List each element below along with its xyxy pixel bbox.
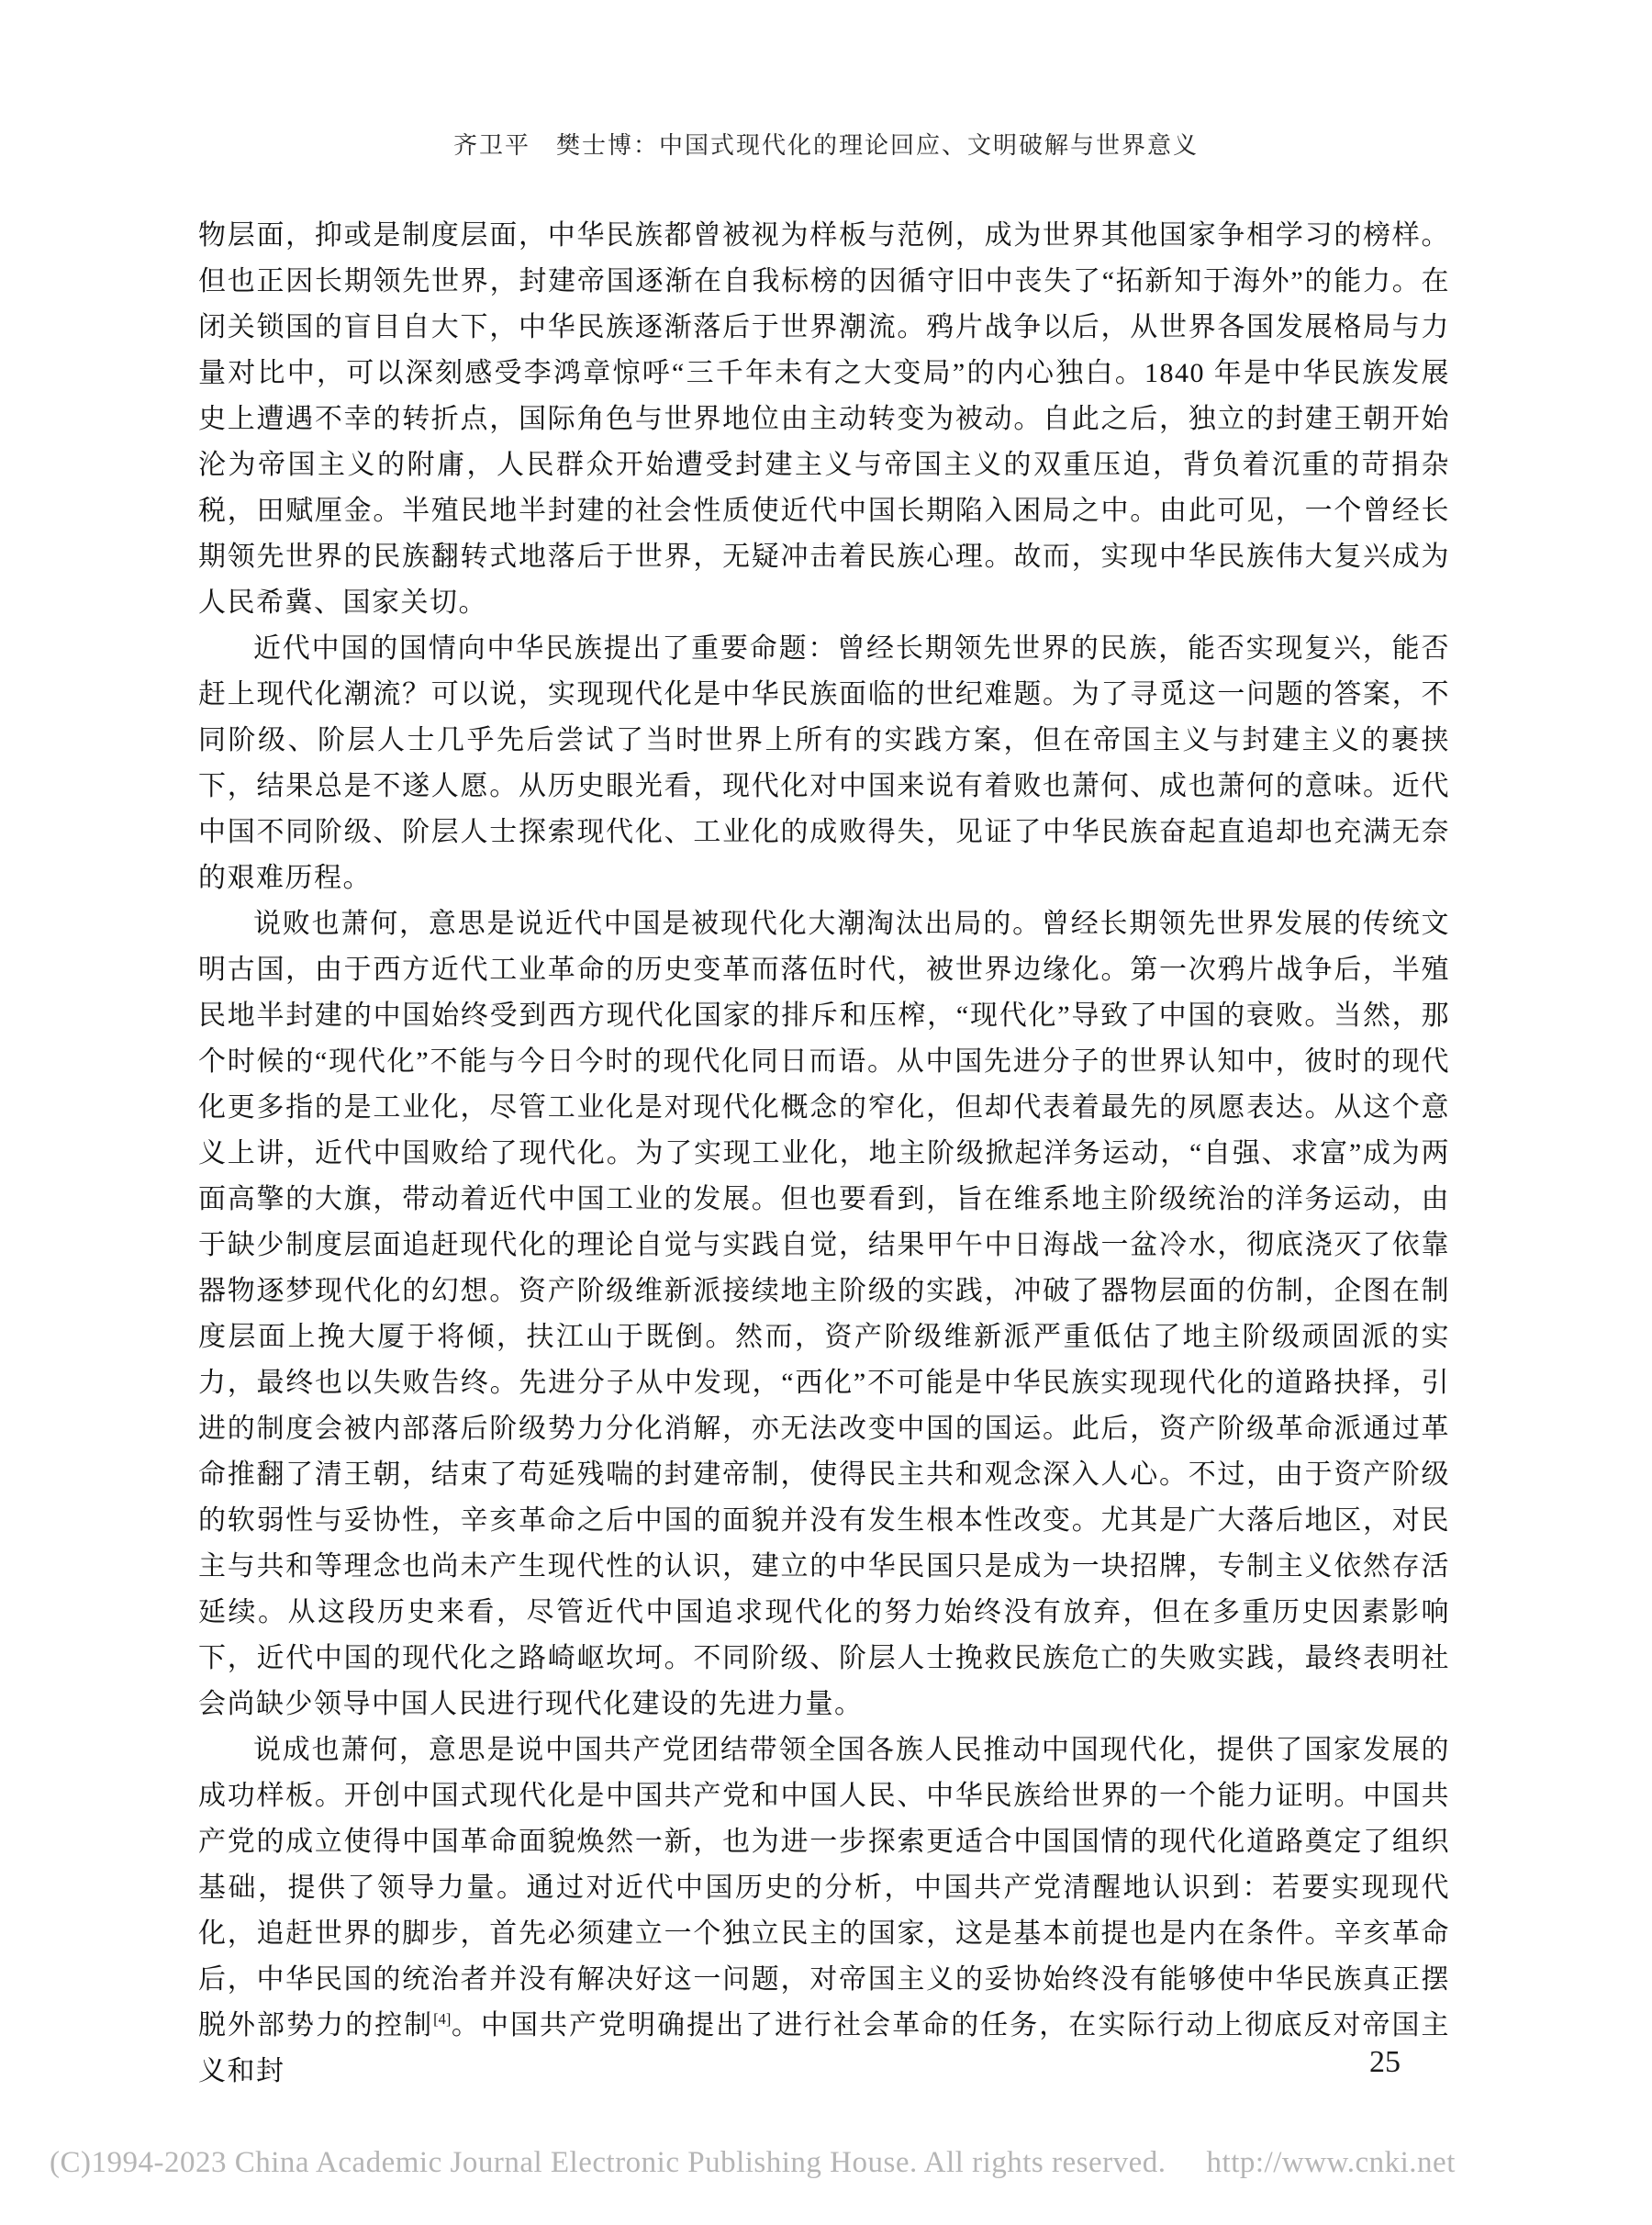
footer-url: http://www.cnki.net: [1207, 2146, 1456, 2179]
footer-copyright: (C)1994-2023 China Academic Journal Elec…: [50, 2146, 1166, 2179]
paragraph-text: 说成也萧何，意思是说中国共产党团结带领全国各族人民推动中国现代化，提供了国家发展…: [198, 1735, 1450, 2041]
footnote-marker: [4]: [433, 2010, 451, 2028]
paragraph: 说成也萧何，意思是说中国共产党团结带领全国各族人民推动中国现代化，提供了国家发展…: [198, 1727, 1450, 2095]
running-head: 齐卫平 樊士博：中国式现代化的理论回应、文明破解与世界意义: [0, 127, 1652, 161]
footer: (C)1994-2023 China Academic Journal Elec…: [50, 2146, 1456, 2180]
paper-page: 齐卫平 樊士博：中国式现代化的理论回应、文明破解与世界意义 物层面，抑或是制度层…: [0, 0, 1652, 2225]
page-number: 25: [1369, 2045, 1401, 2080]
paragraph: 说败也萧何，意思是说近代中国是被现代化大潮淘汰出局的。曾经长期领先世界发展的传统…: [198, 901, 1450, 1727]
paragraph: 近代中国的国情向中华民族提出了重要命题：曾经长期领先世界的民族，能否实现复兴，能…: [198, 626, 1450, 901]
paragraph: 物层面，抑或是制度层面，中华民族都曾被视为样板与范例，成为世界其他国家争相学习的…: [198, 213, 1450, 626]
article-body: 物层面，抑或是制度层面，中华民族都曾被视为样板与范例，成为世界其他国家争相学习的…: [198, 213, 1450, 2095]
